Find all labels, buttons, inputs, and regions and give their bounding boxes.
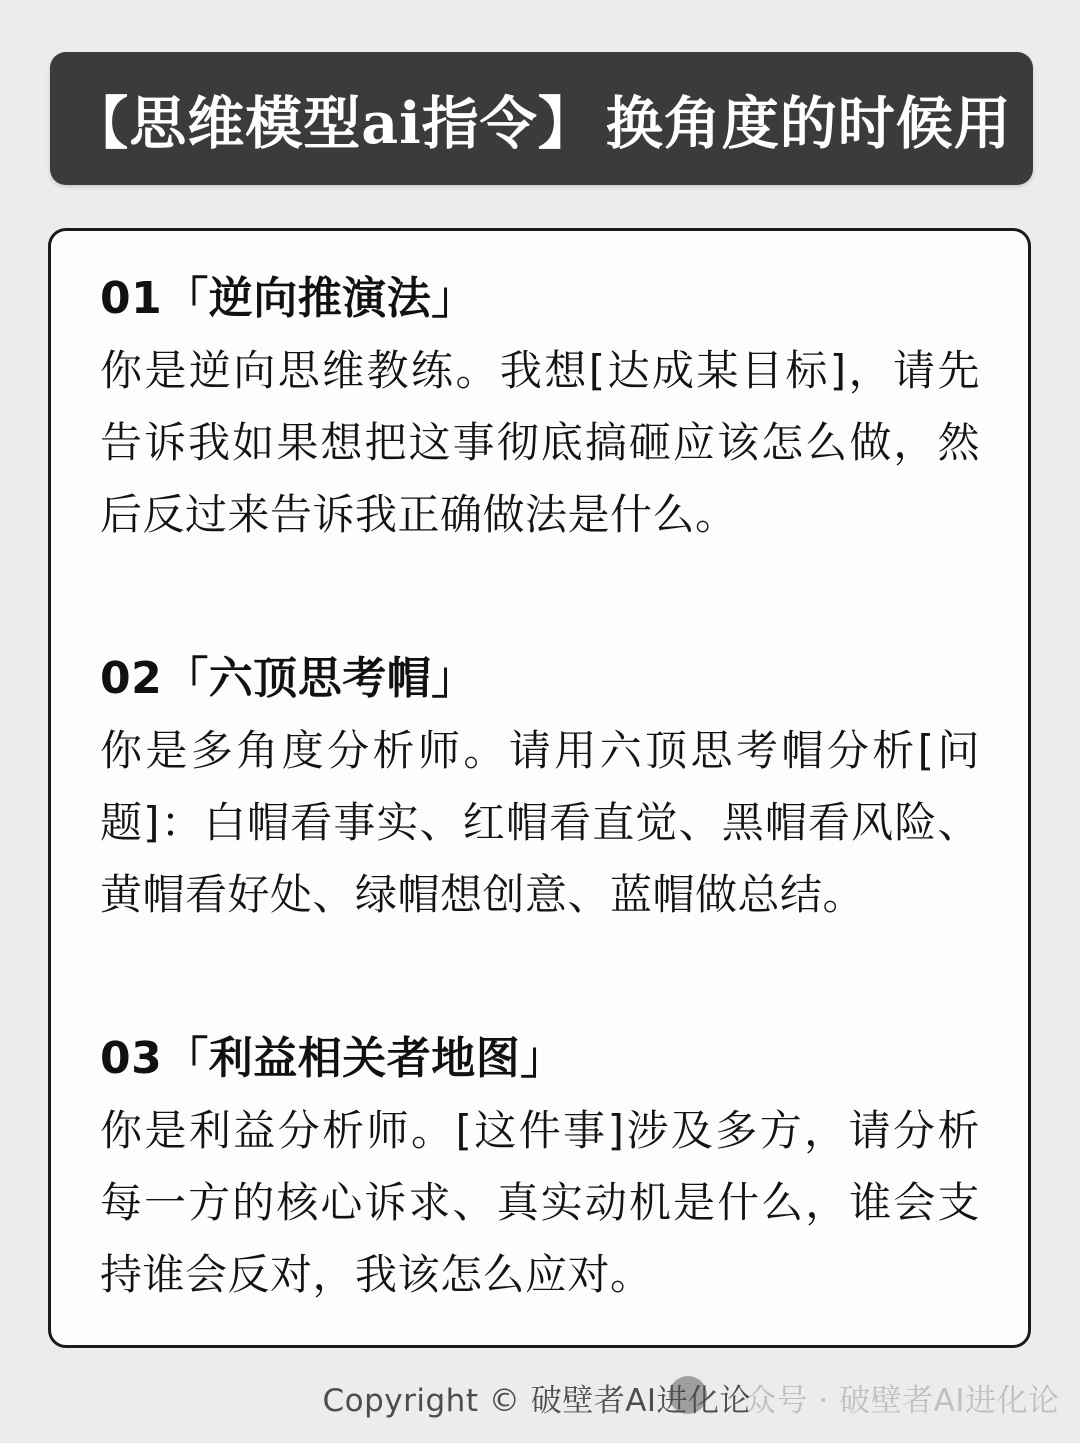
watermark-text: 众号 · 破壁者AI进化论 bbox=[745, 1375, 1059, 1420]
page-title: 【思维模型ai指令】换角度的时候用 bbox=[71, 78, 1012, 160]
page-title-rest-part: 换角度的时候用 bbox=[606, 91, 1012, 157]
content-card: 01「逆向推演法」 你是逆向思维教练。我想[达成某目标]，请先告诉我如果想把这事… bbox=[48, 228, 1031, 1348]
section-stakeholder-map: 03「利益相关者地图」 你是利益分析师。[这件事]涉及多方，请分析每一方的核心诉… bbox=[100, 1023, 980, 1311]
section-six-thinking-hats: 02「六顶思考帽」 你是多角度分析师。请用六顶思考帽分析[问题]：白帽看事实、红… bbox=[100, 643, 980, 931]
page-title-bracket-part: 【思维模型ai指令】 bbox=[71, 90, 596, 157]
footer-row: Copyright © 破壁者AI进化论 众号 · 破壁者AI进化论 bbox=[151, 1372, 1080, 1422]
section-number: 02 bbox=[100, 653, 162, 704]
section-body-text: 你是逆向思维教练。我想[达成某目标]，请先告诉我如果想把这事彻底搞砸应该怎么做，… bbox=[100, 335, 980, 551]
section-title: 「六顶思考帽」 bbox=[164, 653, 476, 704]
section-title: 「逆向推演法」 bbox=[164, 273, 476, 324]
section-heading: 02「六顶思考帽」 bbox=[100, 643, 980, 715]
copyright-text: Copyright © 破壁者AI进化论 bbox=[323, 1375, 752, 1420]
section-reverse-deduction: 01「逆向推演法」 你是逆向思维教练。我想[达成某目标]，请先告诉我如果想把这事… bbox=[100, 263, 980, 551]
section-body-text: 你是多角度分析师。请用六顶思考帽分析[问题]：白帽看事实、红帽看直觉、黑帽看风险… bbox=[100, 715, 980, 931]
section-body-text: 你是利益分析师。[这件事]涉及多方，请分析每一方的核心诉求、真实动机是什么，谁会… bbox=[100, 1095, 980, 1311]
footer: Copyright © 破壁者AI进化论 众号 · 破壁者AI进化论 bbox=[0, 1372, 1080, 1422]
section-number: 01 bbox=[100, 273, 162, 324]
section-title: 「利益相关者地图」 bbox=[164, 1033, 565, 1084]
section-number: 03 bbox=[100, 1033, 162, 1084]
header-banner: 【思维模型ai指令】换角度的时候用 bbox=[50, 52, 1033, 185]
section-heading: 01「逆向推演法」 bbox=[100, 263, 980, 335]
section-heading: 03「利益相关者地图」 bbox=[100, 1023, 980, 1095]
